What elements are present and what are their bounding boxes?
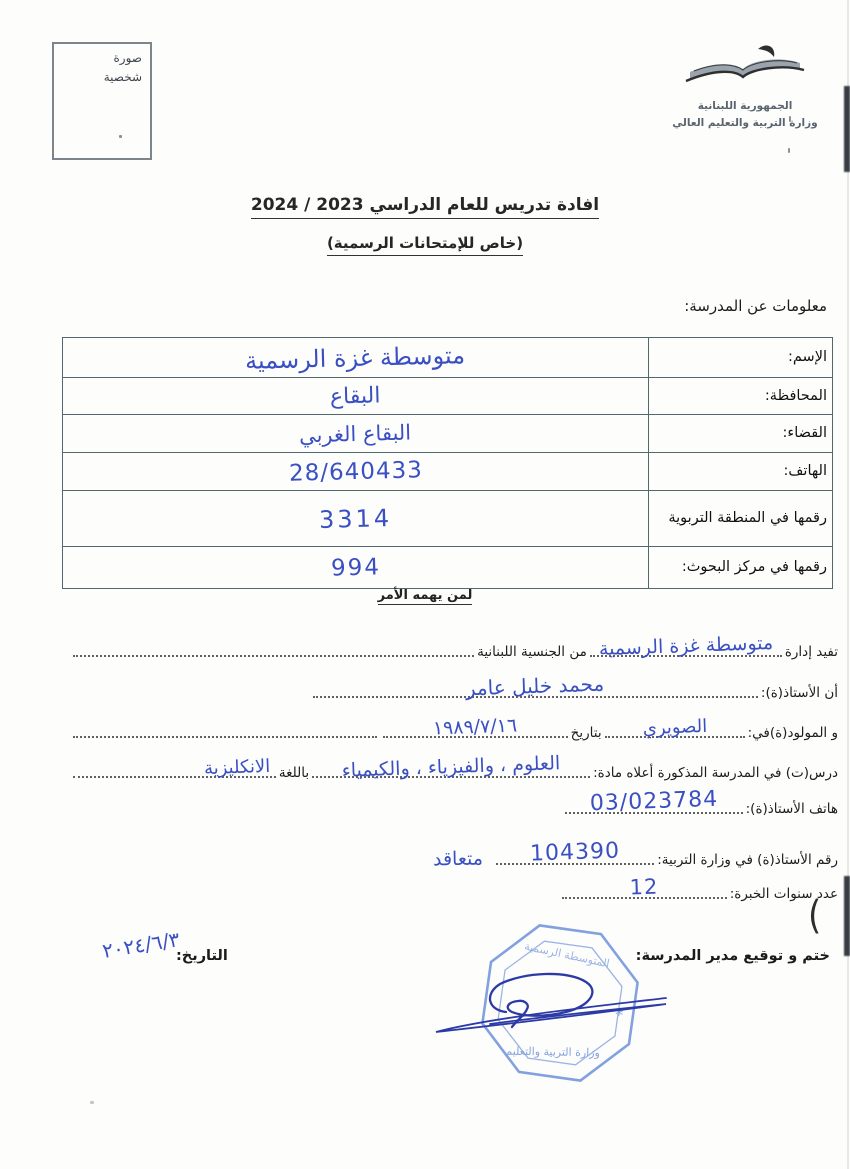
teacher-name-handwriting: محمد خليل عامر xyxy=(466,672,605,701)
stray-paren-mark: ( xyxy=(808,893,821,939)
dotted-fill xyxy=(73,642,474,657)
signature-ink-icon xyxy=(428,960,673,1050)
table-row: القضاء: البقاع الغربي xyxy=(63,415,833,453)
document-subtitle: (خاص للإمتحانات الرسمية) xyxy=(0,234,850,256)
scan-speck xyxy=(119,135,122,138)
scan-edge-shadow xyxy=(844,876,850,956)
school-info-heading: معلومات عن المدرسة: xyxy=(684,297,827,315)
letter-line-subjects: درس(ت) في المدرسة المذكورة أعلاه مادة: ا… xyxy=(70,763,838,781)
scan-speck xyxy=(789,116,791,122)
teacher-phone-handwriting: 03/023784 xyxy=(589,787,718,816)
row-label-phone: الهاتف: xyxy=(784,463,827,479)
teacher-prefix: أن الأستاذ(ة): xyxy=(761,685,838,701)
row-value-name: متوسطة غزة الرسمية xyxy=(245,341,466,375)
letter-heading: لمن يهمه الأمر xyxy=(0,588,850,605)
row-value-district: البقاع الغربي xyxy=(299,420,412,447)
experience-years-handwriting: 12 xyxy=(629,875,659,900)
dotted-fill: متوسطة غزة الرسمية xyxy=(590,642,782,657)
dotted-fill: الصويري xyxy=(605,723,745,738)
subjects-handwriting: العلوم ، والفيزياء ، والكيمياء xyxy=(342,752,561,782)
principal-signature xyxy=(428,960,673,1050)
school-info-table: الإسم: متوسطة غزة الرسمية المحافظة: البق… xyxy=(62,337,833,589)
birthdate-handwriting: ١٩٨٩/٧/١٦ xyxy=(433,715,518,740)
document-title-text: افادة تدريس للعام الدراسي 2023 / 2024 xyxy=(251,195,599,219)
taught-prefix: درس(ت) في المدرسة المذكورة أعلاه مادة: xyxy=(593,765,838,781)
row-value-phone: 28/640433 xyxy=(288,457,422,486)
table-row: رقمها في المنطقة التربوية 3314 xyxy=(63,491,833,547)
dotted-fill: 104390 xyxy=(496,850,654,865)
row-value-governorate: البقاع xyxy=(330,383,381,409)
scan-edge-line xyxy=(847,0,849,1169)
document-subtitle-text: (خاص للإمتحانات الرسمية) xyxy=(327,234,523,256)
row-label-governorate: المحافظة: xyxy=(765,388,827,404)
photo-label-line2: شخصية xyxy=(62,68,142,87)
born-prefix: و المولود(ة)في: xyxy=(748,725,838,741)
born-mid: بتاريخ xyxy=(571,725,602,741)
open-book-logo-icon xyxy=(669,40,821,98)
dotted-fill: ١٩٨٩/٧/١٦ xyxy=(383,723,568,738)
row-label-name: الإسم: xyxy=(788,349,827,365)
row-label-district-number: رقمها في المنطقة التربوية xyxy=(668,510,827,526)
republic-name: الجمهورية اللبنانية xyxy=(645,98,845,115)
row-value-district-number: 3314 xyxy=(319,504,393,534)
table-row: الهاتف: 28/640433 xyxy=(63,453,833,491)
table-row: المحافظة: البقاع xyxy=(63,378,833,415)
photo-label-line1: صورة xyxy=(62,49,142,68)
experience-prefix: عدد سنوات الخبرة: xyxy=(730,886,838,902)
scanned-document-page: صورة شخصية الجمهورية اللبنانية وزارة الت… xyxy=(0,0,850,1169)
dotted-fill: الانكليزية xyxy=(73,763,276,778)
table-row: الإسم: متوسطة غزة الرسمية xyxy=(63,338,833,378)
letter-line-experience: عدد سنوات الخبرة: 12 xyxy=(70,884,838,902)
scan-edge-shadow xyxy=(844,86,850,172)
certify-prefix: تفيد إدارة xyxy=(785,644,838,660)
ministry-name: وزارة التربية والتعليم العالي xyxy=(645,115,845,132)
certify-suffix: من الجنسية اللبنانية xyxy=(477,644,587,660)
letter-line-certify: تفيد إدارة متوسطة غزة الرسمية من الجنسية… xyxy=(70,642,838,660)
photo-placeholder-box: صورة شخصية xyxy=(52,42,152,160)
scan-speck xyxy=(90,1101,94,1104)
row-label-district: القضاء: xyxy=(783,425,827,441)
document-title: افادة تدريس للعام الدراسي 2023 / 2024 xyxy=(0,195,850,219)
letter-line-birth: و المولود(ة)في: الصويري بتاريخ ١٩٨٩/٧/١٦ xyxy=(70,723,838,741)
language-handwriting: الانكليزية xyxy=(203,756,270,779)
date-handwriting: ٢٠٢٤/٦/٣ xyxy=(101,927,182,963)
row-label-research-number: رقمها في مركز البحوث: xyxy=(682,559,827,575)
dotted-fill xyxy=(73,723,377,738)
ministry-number-handwriting: 104390 xyxy=(530,838,621,866)
contract-status-handwriting: متعاقد xyxy=(433,848,483,871)
scan-speck xyxy=(788,148,790,153)
certify-school-handwriting: متوسطة غزة الرسمية xyxy=(598,632,773,660)
dotted-fill: 03/023784 xyxy=(565,799,743,814)
number-prefix: رقم الأستاذ(ة) في وزارة التربية: xyxy=(657,852,838,868)
phone-prefix: هاتف الأستاذ(ة): xyxy=(746,801,838,817)
row-value-research-number: 994 xyxy=(330,554,381,581)
dotted-fill: 12 xyxy=(562,884,727,899)
letter-line-ministry-number: رقم الأستاذ(ة) في وزارة التربية: 104390 … xyxy=(70,846,838,868)
table-row: رقمها في مركز البحوث: 994 xyxy=(63,547,833,589)
date-label: التاريخ: xyxy=(176,948,228,964)
birthplace-handwriting: الصويري xyxy=(642,716,707,739)
ministry-header: الجمهورية اللبنانية وزارة التربية والتعل… xyxy=(645,40,845,132)
letter-line-phone: هاتف الأستاذ(ة): 03/023784 xyxy=(70,799,838,817)
taught-mid: باللغة xyxy=(279,765,309,781)
letter-heading-text: لمن يهمه الأمر xyxy=(378,588,473,605)
letter-line-teacher: أن الأستاذ(ة): محمد خليل عامر xyxy=(70,683,838,701)
dotted-fill: العلوم ، والفيزياء ، والكيمياء xyxy=(312,763,590,778)
dotted-fill: محمد خليل عامر xyxy=(313,683,758,698)
